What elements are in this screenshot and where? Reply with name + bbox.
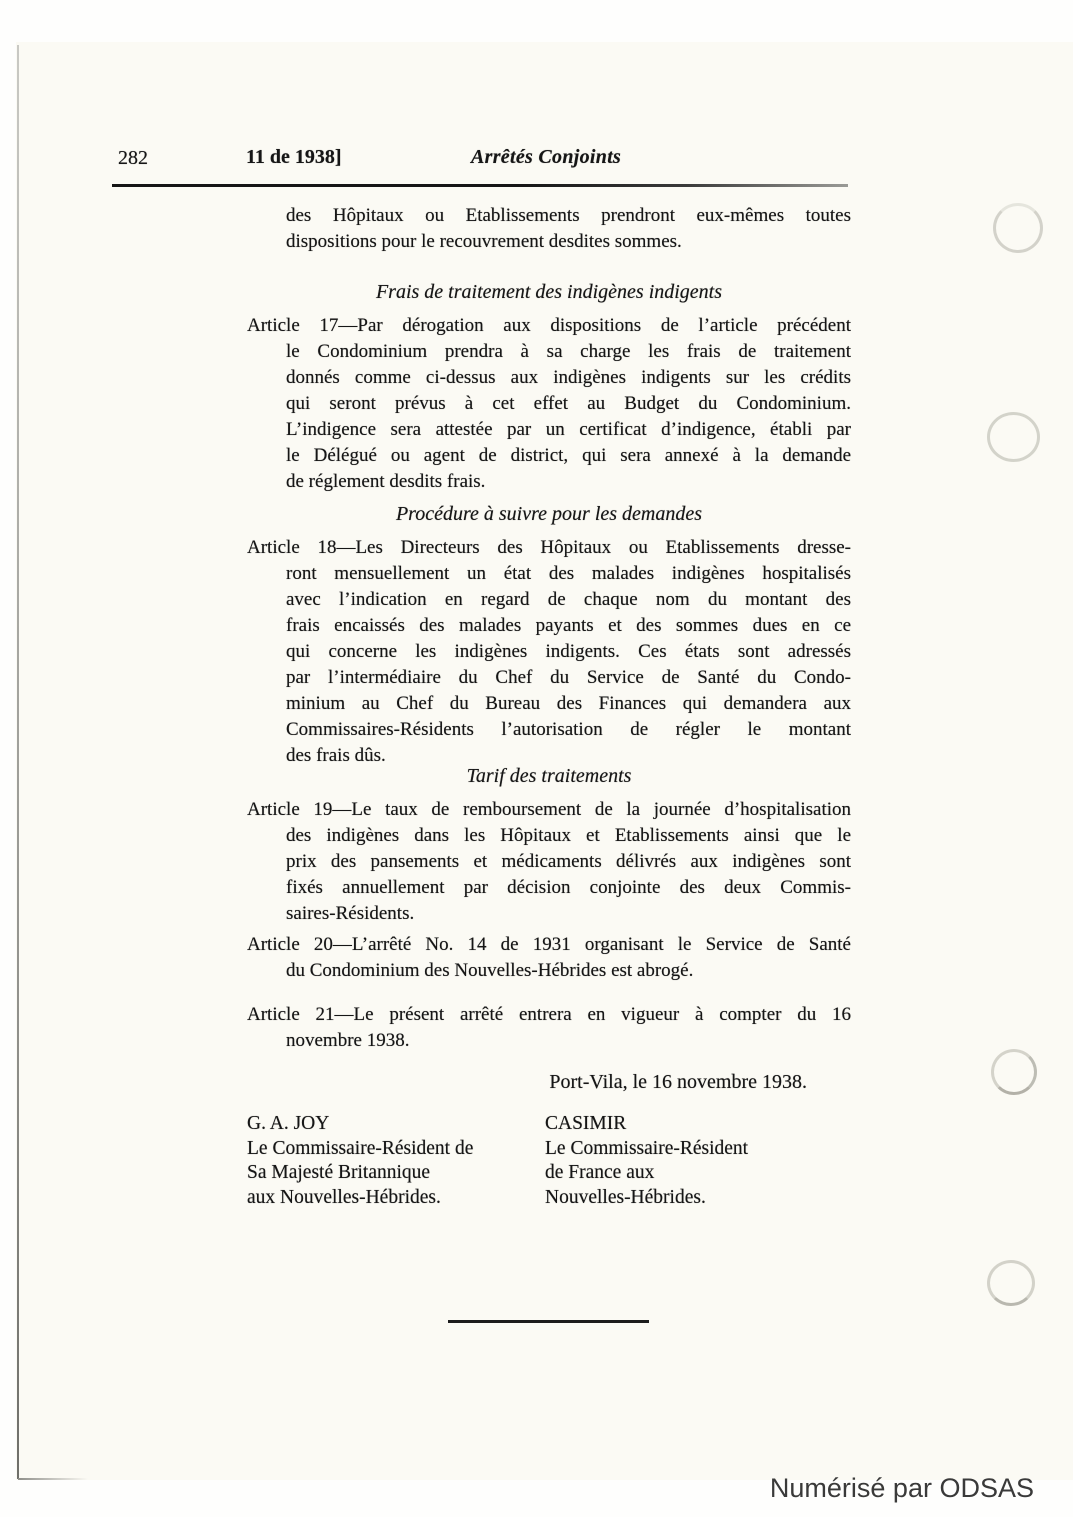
signatory-name: G. A. JOY [247, 1112, 509, 1137]
text-line: minium au Chef du Bureau des Finances qu… [286, 691, 851, 717]
text-line: qui seront prévus à cet effet au Budget … [286, 391, 851, 417]
text-line: Article 19—Le taux de remboursement de l… [247, 797, 851, 823]
text-line: dispositions pour le recouvrement desdit… [286, 229, 851, 255]
text-line: avec l’indication en regard de chaque no… [286, 587, 851, 613]
article-21: Article 21—Le présent arrêté entrera en … [247, 1002, 851, 1054]
text-line: ront mensuellement un état des malades i… [286, 561, 851, 587]
issue-number: 11 de 1938] [246, 146, 342, 169]
page-corner-line [18, 1478, 88, 1480]
text-line: du Condominium des Nouvelles-Hébrides es… [286, 958, 851, 984]
dateline: Port-Vila, le 16 novembre 1938. [247, 1069, 851, 1095]
signatory-name: CASIMIR [545, 1112, 783, 1137]
text-line: de réglement desdits frais. [286, 469, 851, 495]
section-heading-procedure: Procédure à suivre pour les demandes [247, 501, 851, 527]
text-line: le Délégué ou agent de district, qui ser… [286, 443, 851, 469]
text-line: fixés annuellement par décision conjoint… [286, 875, 851, 901]
text-line: Le Commissaire-Résident de [247, 1137, 509, 1162]
text-line: saires-Résidents. [286, 901, 851, 927]
text-line: des indigènes dans les Hôpitaux et Etabl… [286, 823, 851, 849]
signatory-title: Le Commissaire-Résidentde France auxNouv… [545, 1137, 783, 1211]
text-line: de France aux [545, 1161, 783, 1186]
text-line: par l’intermédiaire du Chef du Service d… [286, 665, 851, 691]
punch-hole-ring [991, 1049, 1037, 1095]
section-heading-tarif: Tarif des traitements [247, 763, 851, 789]
end-of-text-rule [448, 1320, 649, 1323]
page-edge-line [17, 45, 19, 1479]
article-18: Article 18—Les Directeurs des Hôpitaux o… [247, 535, 851, 769]
punch-hole-ring [987, 412, 1040, 462]
text-line: frais encaissés des malades payants et d… [286, 613, 851, 639]
journal-title: Arrêtés Conjoints [471, 146, 621, 169]
text-line: Article 17—Par dérogation aux dispositio… [247, 313, 851, 339]
header-rule [112, 184, 848, 187]
text-line: qui concerne les indigènes indigents. Ce… [286, 639, 851, 665]
scanned-document-page: 282 11 de 1938] Arrêtés Conjoints des Hô… [0, 0, 1073, 1517]
text-line: donnés comme ci-dessus aux indigènes ind… [286, 365, 851, 391]
text-line: Article 18—Les Directeurs des Hôpitaux o… [247, 535, 851, 561]
text-line: prix des pansements et médicaments déliv… [286, 849, 851, 875]
section-heading-frais: Frais de traitement des indigènes indige… [247, 279, 851, 305]
signature-french-commissioner: CASIMIR Le Commissaire-Résidentde France… [545, 1112, 783, 1210]
signatory-title: Le Commissaire-Résident deSa Majesté Bri… [247, 1137, 509, 1211]
signature-british-commissioner: G. A. JOY Le Commissaire-Résident deSa M… [247, 1112, 509, 1210]
text-line: Article 20—L’arrêté No. 14 de 1931 organ… [247, 932, 851, 958]
punch-hole-ring [987, 1260, 1035, 1306]
text-line: des Hôpitaux ou Etablissements prendront… [286, 203, 851, 229]
page-number: 282 [118, 147, 148, 170]
article-20: Article 20—L’arrêté No. 14 de 1931 organ… [247, 932, 851, 984]
paragraph-continuation: des Hôpitaux ou Etablissements prendront… [286, 203, 851, 255]
text-line: novembre 1938. [286, 1028, 851, 1054]
article-19: Article 19—Le taux de remboursement de l… [247, 797, 851, 927]
odsas-watermark: Numérisé par ODSAS [770, 1473, 1034, 1504]
text-line: le Condominium prendra à sa charge les f… [286, 339, 851, 365]
article-17: Article 17—Par dérogation aux dispositio… [247, 313, 851, 495]
text-line: L’indigence sera attestée par un certifi… [286, 417, 851, 443]
punch-hole-ring [993, 203, 1043, 253]
text-line: aux Nouvelles-Hébrides. [247, 1186, 509, 1211]
text-line: Commissaires-Résidents l’autorisation de… [286, 717, 851, 743]
text-line: Le Commissaire-Résident [545, 1137, 783, 1162]
text-line: Sa Majesté Britannique [247, 1161, 509, 1186]
text-line: Nouvelles-Hébrides. [545, 1186, 783, 1211]
text-line: Article 21—Le présent arrêté entrera en … [247, 1002, 851, 1028]
